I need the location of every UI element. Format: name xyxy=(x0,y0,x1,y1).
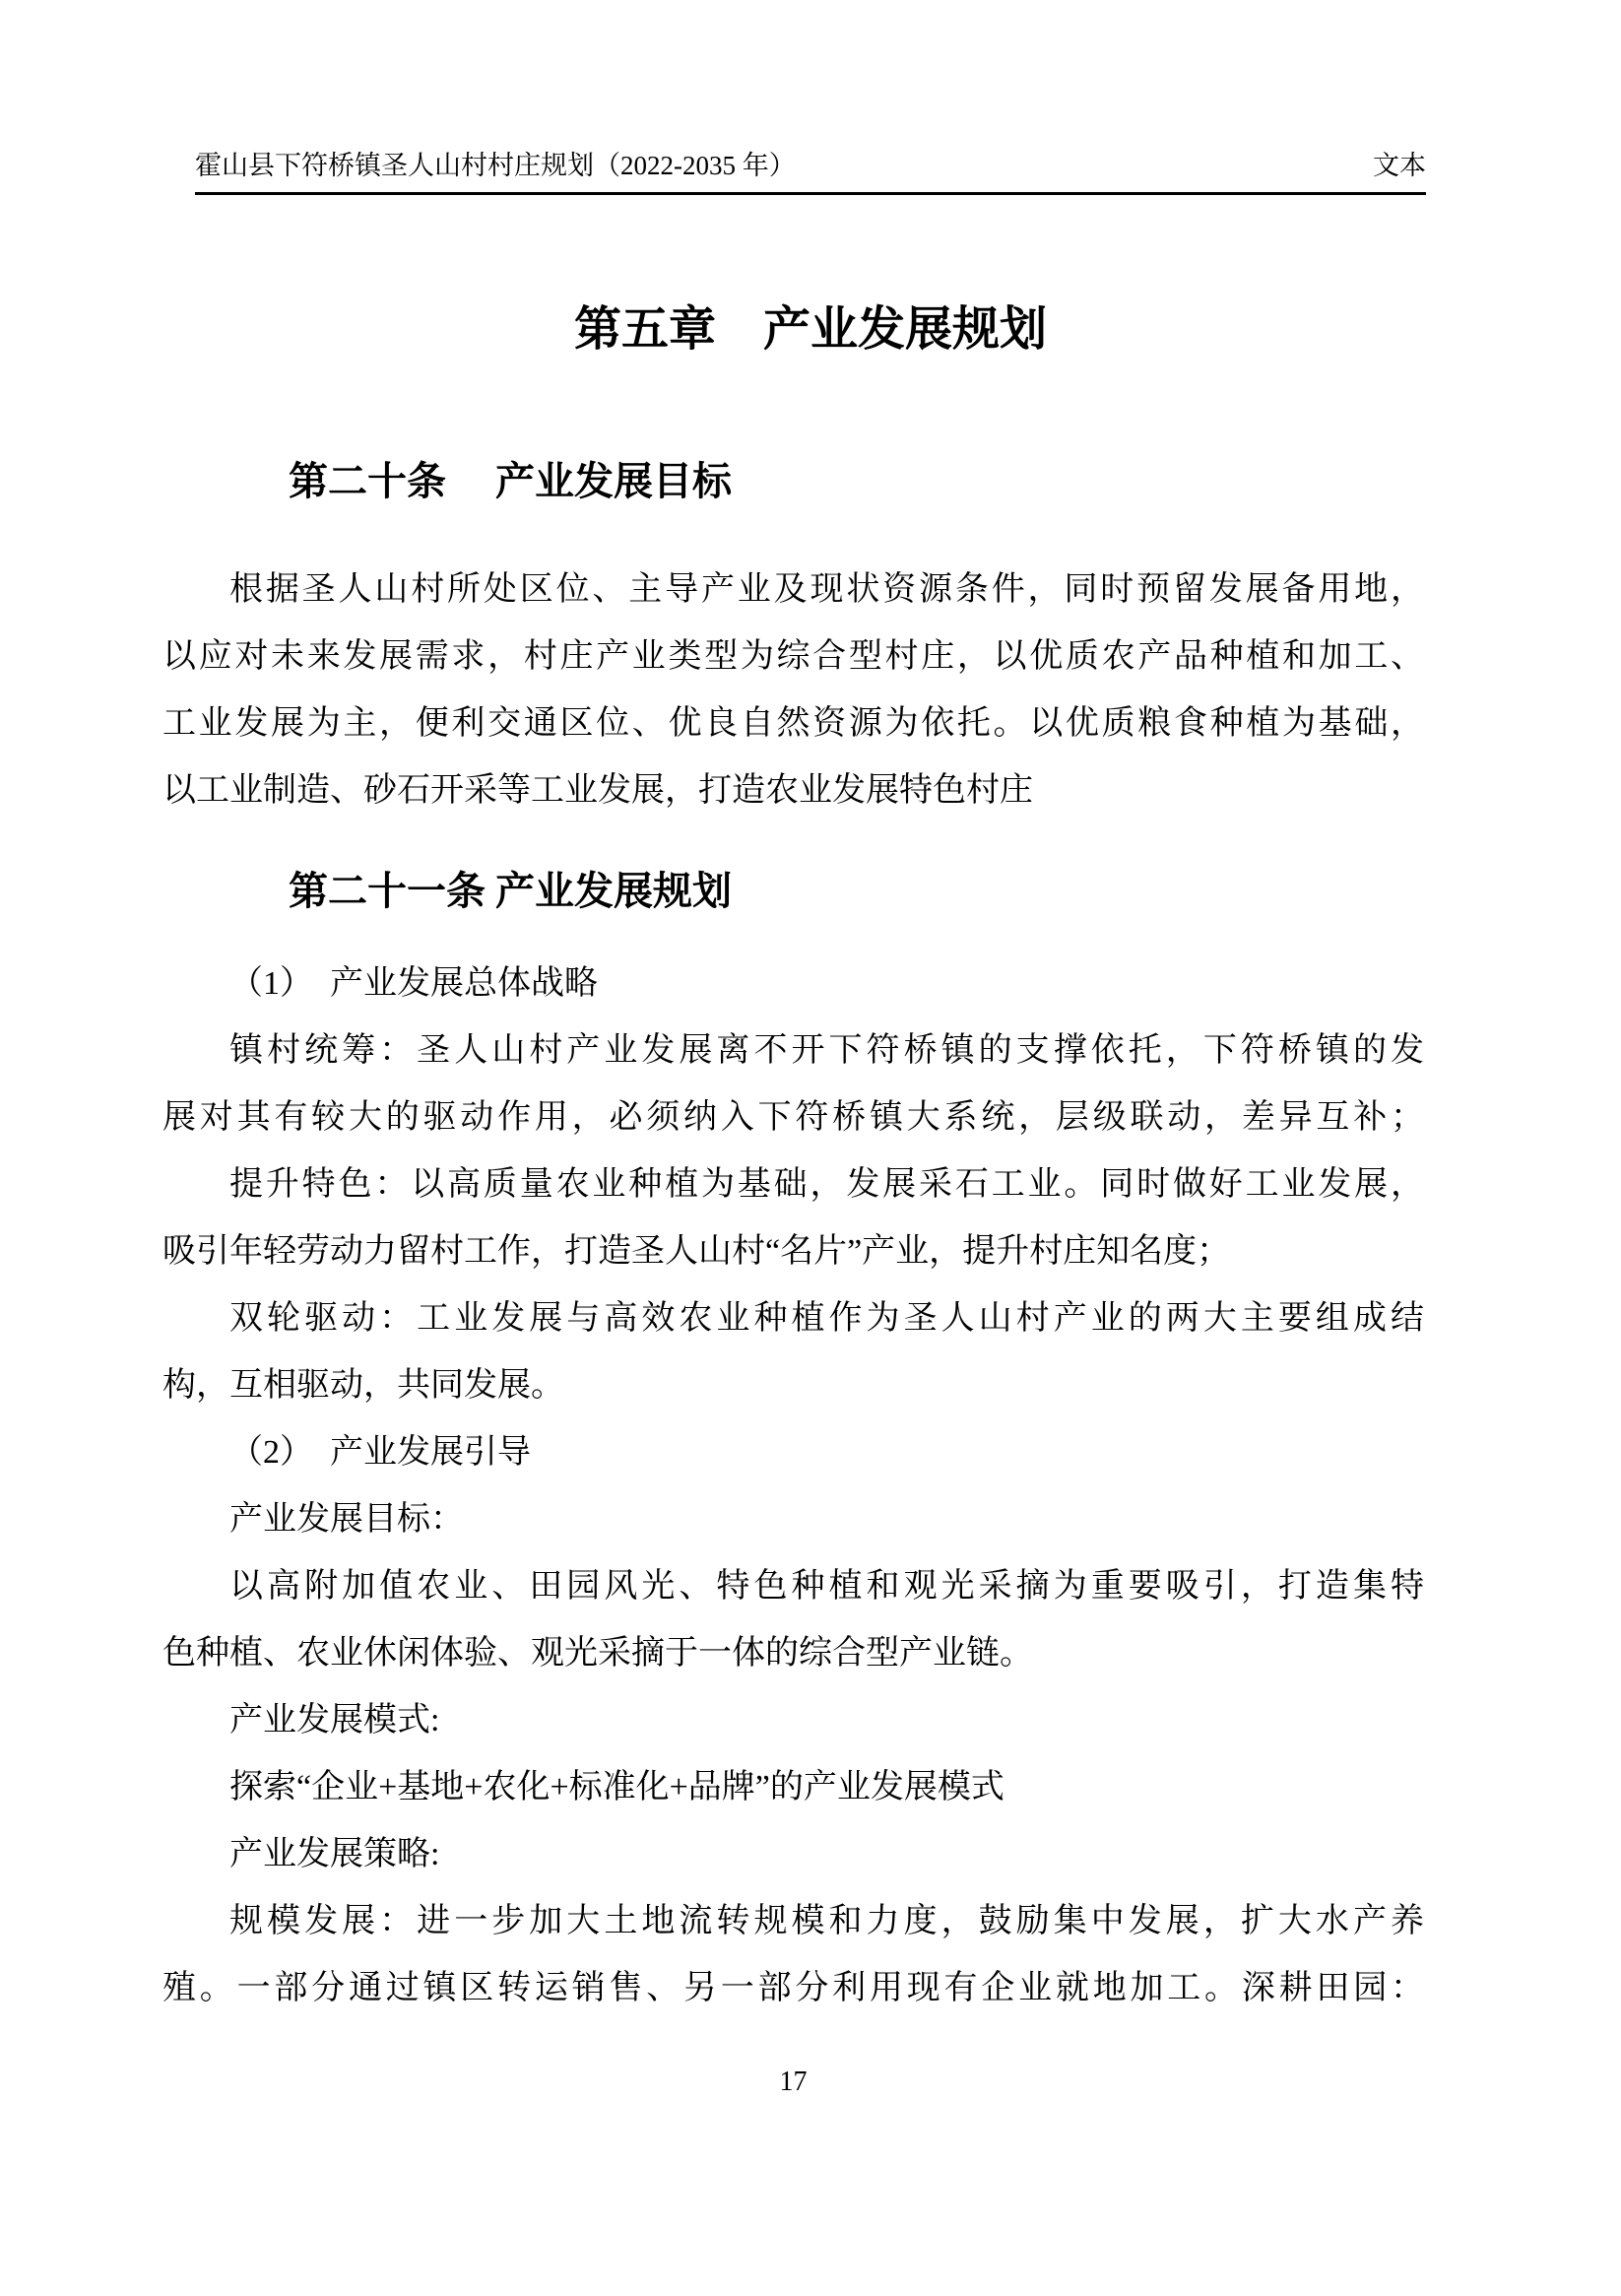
text-line: 殖。一部分通过镇区转运销售、另一部分利用现有企业就地加工。深耕田园： xyxy=(162,1955,1424,2022)
section-heading-article-21: 第二十一条 产业发展规划 xyxy=(289,864,1424,919)
section-21-paragraphs: （1） 产业发展总体战略镇村统筹：圣人山村产业发展离不开下符桥镇的支撑依托，下符… xyxy=(162,951,1424,2022)
chapter-title: 第五章 产业发展规划 xyxy=(0,299,1621,361)
text-line: 以工业制造、砂石开采等工业发展，打造农业发展特色村庄 xyxy=(162,757,1424,824)
text-line: 色种植、农业休闲体验、观光采摘于一体的综合型产业链。 xyxy=(162,1620,1424,1687)
page-number: 17 xyxy=(162,2064,1424,2101)
text-line: 探索“企业+基地+农化+标准化+品牌”的产业发展模式 xyxy=(162,1754,1424,1821)
section-20-paragraphs: 根据圣人山村所处区位、主导产业及现状资源条件，同时预留发展备用地，以应对未来发展… xyxy=(162,557,1424,824)
text-line: 镇村统筹：圣人山村产业发展离不开下符桥镇的支撑依托，下符桥镇的发 xyxy=(162,1017,1424,1084)
header-left-title: 霍山县下符桥镇圣人山村村庄规划（2022-2035 年） xyxy=(195,148,796,183)
text-line: （2） 产业发展引导 xyxy=(162,1419,1424,1486)
text-line: 吸引年轻劳动力留村工作，打造圣人山村“名片”产业，提升村庄知名度； xyxy=(162,1218,1424,1285)
text-line: 以高附加值农业、田园风光、特色种植和观光采摘为重要吸引，打造集特 xyxy=(162,1553,1424,1620)
header-right-label: 文本 xyxy=(1373,148,1426,183)
text-line: 以应对未来发展需求，村庄产业类型为综合型村庄，以优质农产品种植和加工、 xyxy=(162,623,1424,690)
text-line: 双轮驱动：工业发展与高效农业种植作为圣人山村产业的两大主要组成结 xyxy=(162,1285,1424,1352)
page-header: 霍山县下符桥镇圣人山村村庄规划（2022-2035 年） 文本 xyxy=(195,148,1426,195)
text-line: 规模发展：进一步加大土地流转规模和力度，鼓励集中发展，扩大水产养 xyxy=(162,1888,1424,1955)
text-line: 提升特色：以高质量农业种植为基础，发展采石工业。同时做好工业发展， xyxy=(162,1151,1424,1218)
text-line: 产业发展目标： xyxy=(162,1486,1424,1553)
text-line: 产业发展模式: xyxy=(162,1687,1424,1754)
text-line: 展对其有较大的驱动作用，必须纳入下符桥镇大系统，层级联动，差异互补； xyxy=(162,1084,1424,1151)
text-line: 工业发展为主，便利交通区位、优良自然资源为依托。以优质粮食种植为基础， xyxy=(162,690,1424,757)
text-line: 根据圣人山村所处区位、主导产业及现状资源条件，同时预留发展备用地， xyxy=(162,557,1424,623)
section-heading-article-20: 第二十条 产业发展目标 xyxy=(289,454,1424,509)
document-body: 第二十条 产业发展目标 根据圣人山村所处区位、主导产业及现状资源条件，同时预留发… xyxy=(162,454,1424,2101)
text-line: 产业发展策略: xyxy=(162,1821,1424,1888)
document-page: 霍山县下符桥镇圣人山村村庄规划（2022-2035 年） 文本 第五章 产业发展… xyxy=(0,0,1621,2296)
text-line: （1） 产业发展总体战略 xyxy=(162,951,1424,1017)
text-line: 构，互相驱动，共同发展。 xyxy=(162,1352,1424,1419)
